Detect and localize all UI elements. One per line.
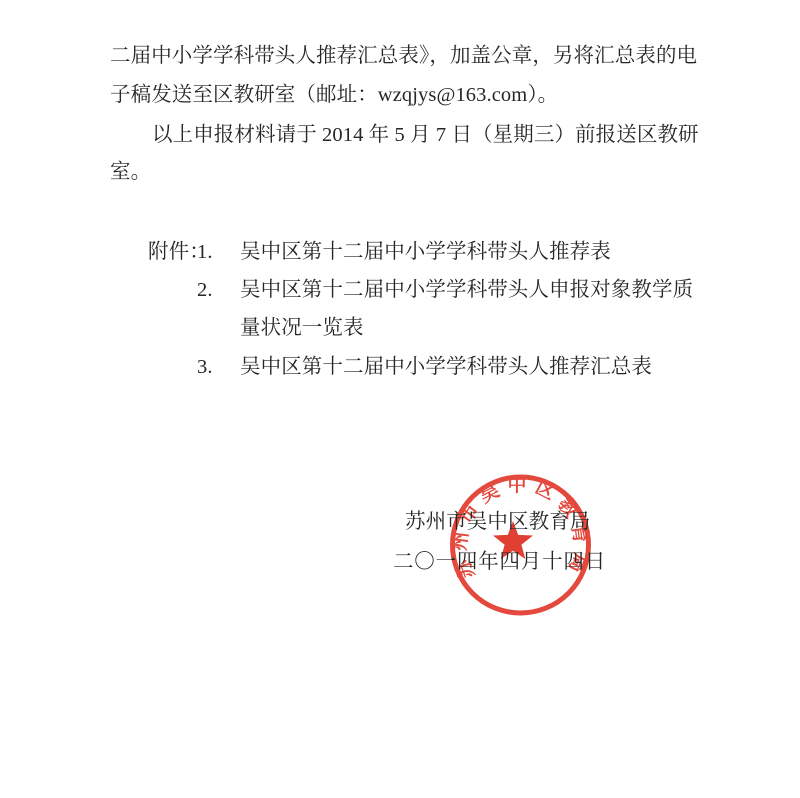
attachment-1-number: 1. bbox=[197, 240, 213, 264]
attachment-2-title: 吴中区第十二届中小学学科带头人申报对象教学质 bbox=[240, 278, 693, 302]
attachment-3-title: 吴中区第十二届中小学学科带头人推荐汇总表 bbox=[240, 355, 652, 379]
body-line-4: 室。 bbox=[110, 160, 151, 184]
attachment-1-title: 吴中区第十二届中小学学科带头人推荐表 bbox=[240, 240, 611, 264]
body-line-3: 以上申报材料请于 2014 年 5 月 7 日（星期三）前报送区教研 bbox=[152, 123, 699, 147]
scanned-document-page: 二届中小学学科带头人推荐汇总表》，加盖公章，另将汇总表的电 子稿发送至区教研室（… bbox=[0, 0, 800, 798]
attachment-3-number: 3. bbox=[197, 355, 213, 379]
body-line-1: 二届中小学学科带头人推荐汇总表》，加盖公章，另将汇总表的电 bbox=[110, 44, 697, 68]
attachment-2-title-continuation: 量状况一览表 bbox=[240, 316, 364, 340]
body-line-2: 子稿发送至区教研室（邮址：wzqjys@163.com）。 bbox=[110, 83, 558, 107]
attachment-2-number: 2. bbox=[197, 278, 213, 302]
signature-organization: 苏州市吴中区教育局 bbox=[405, 510, 590, 534]
official-seal: 苏州市吴中区教育局 bbox=[448, 472, 593, 618]
signature-date: 二〇一四年四月十四日 bbox=[393, 550, 606, 574]
